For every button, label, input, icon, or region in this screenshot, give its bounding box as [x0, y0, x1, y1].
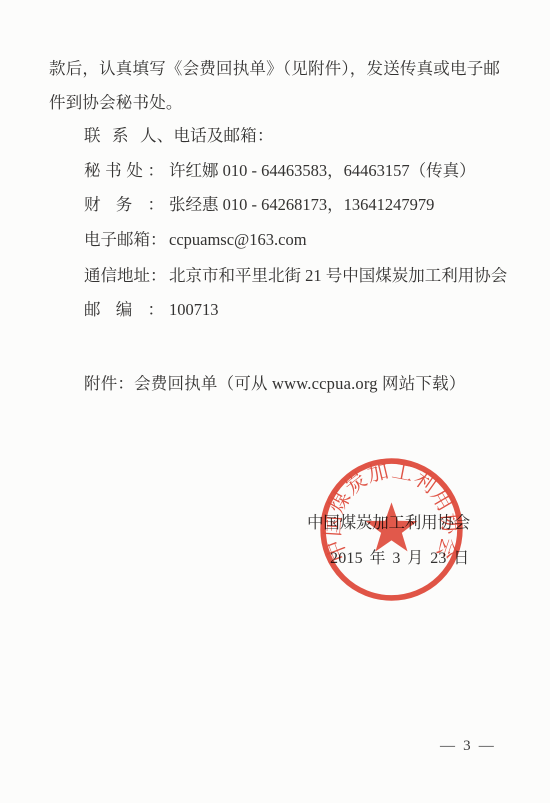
seal-star — [366, 502, 418, 551]
contact-label: 邮编： — [84, 302, 164, 319]
contact-email-value: ccpuamsc@163.com — [169, 232, 307, 249]
contact-label: 财务： — [84, 197, 164, 214]
contact-row-secretariat: 秘书处： 许红娜 010 - 64463583，64463157（传真） — [84, 163, 476, 180]
page-number: — 3 — — [440, 739, 494, 754]
contact-label: 秘书处： — [84, 163, 164, 180]
contact-heading: 联 系 人、电话及邮箱： — [84, 128, 274, 145]
contact-row-address: 通信地址： 北京市和平里北街 21 号中国煤炭加工利用协会 — [84, 268, 507, 285]
attachment-note: 附件：会费回执单（可从 www.ccpua.org 网站下载） — [84, 376, 466, 393]
contact-label: 电子邮箱： — [84, 232, 164, 249]
contact-row-finance: 财务： 张经惠 010 - 64268173，13641247979 — [84, 197, 434, 214]
contact-value: 北京市和平里北街 21 号中国煤炭加工利用协会 — [169, 268, 507, 285]
contact-row-postcode: 邮编： 100713 — [84, 302, 219, 319]
contact-value: 张经惠 010 - 64268173，13641247979 — [169, 197, 434, 214]
contact-value: 100713 — [169, 302, 219, 319]
document-page: 款后，认真填写《会费回执单》（见附件），发送传真或电子邮 件到协会秘书处。 联 … — [0, 0, 550, 803]
official-seal-stamp: 中国煤炭加工利用协会 — [311, 449, 472, 610]
contact-row-email: 电子邮箱： ccpuamsc@163.com — [84, 232, 307, 249]
paragraph-line-2: 件到协会秘书处。 — [49, 95, 183, 112]
contact-value: 许红娜 010 - 64463583，64463157（传真） — [169, 163, 476, 180]
paragraph-line-1: 款后，认真填写《会费回执单》（见附件），发送传真或电子邮 — [49, 61, 500, 78]
contact-label: 通信地址： — [84, 268, 164, 285]
